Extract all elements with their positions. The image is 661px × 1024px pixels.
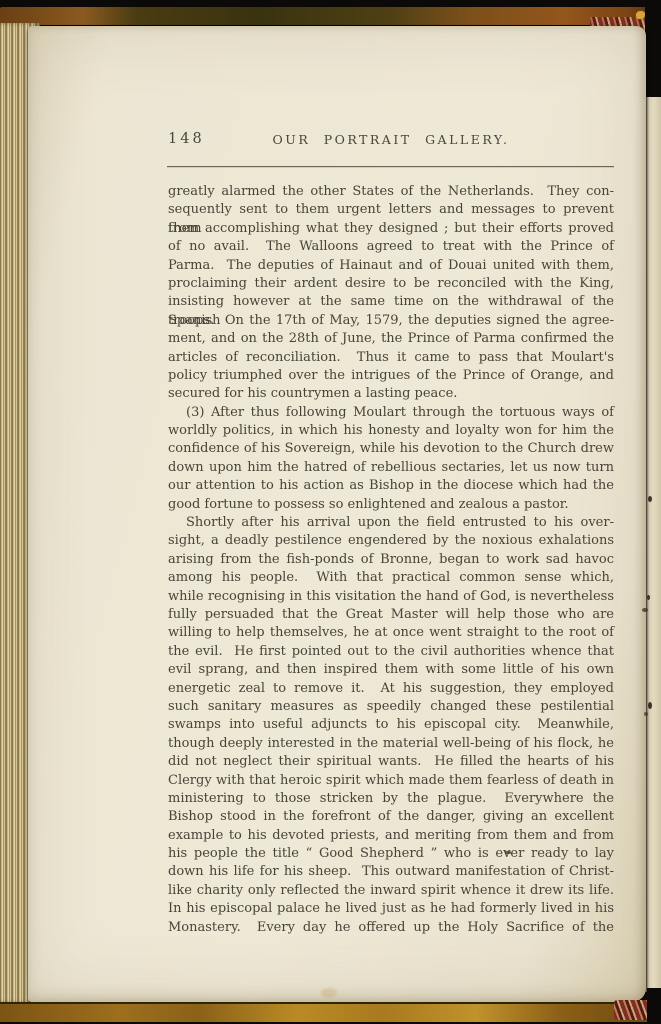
book-cover-top-edge: [0, 7, 648, 25]
text-line: while recognising in this visitation the…: [168, 588, 614, 606]
book-page: 148 OUR PORTRAIT GALLERY. greatly alarme…: [28, 26, 646, 1002]
text-line: sequently sent to them urgent letters an…: [168, 201, 614, 219]
text-line: Clergy with that heroic spirit which mad…: [168, 772, 614, 790]
text-line: evil sprang, and then inspired them with…: [168, 661, 614, 679]
text-line: articles of reconciliation. Thus it came…: [168, 349, 614, 367]
text-line: from accomplishing what they designed ; …: [168, 220, 614, 238]
foxing-stain: [321, 988, 337, 998]
gilt-fleck: [636, 11, 645, 19]
text-line: In his episcopal palace he lived just as…: [168, 900, 614, 918]
text-line: insisting however at the same time on th…: [168, 293, 614, 311]
book-cover-bottom-edge: [0, 1002, 661, 1022]
text-line: arising from the fish-ponds of Bronne, b…: [168, 551, 614, 569]
text-line: example to his devoted priests, and meri…: [168, 827, 614, 845]
text-line: sight, a deadly pestilence engendered by…: [168, 532, 614, 550]
backdrop-corner-top-right: [645, 0, 661, 97]
backdrop-corner-bottom-right: [647, 988, 661, 1024]
text-line: the evil. He first pointed out to the ci…: [168, 643, 614, 661]
ink-speck: [647, 595, 650, 600]
text-line: confidence of his Sovereign, while his d…: [168, 440, 614, 458]
text-line: greatly alarmed the other States of the …: [168, 183, 614, 201]
body-text: greatly alarmed the other States of the …: [168, 183, 614, 937]
book-photo-scene: 148 OUR PORTRAIT GALLERY. greatly alarme…: [0, 0, 661, 1024]
facing-page-sliver: [645, 30, 661, 992]
text-line: swamps into useful adjuncts to his episc…: [168, 716, 614, 734]
ink-speck: [648, 496, 652, 502]
text-line: down his life for his sheep. This outwar…: [168, 863, 614, 881]
text-line: such sanitary measures as speedily chang…: [168, 698, 614, 716]
header-rule: [167, 166, 614, 167]
text-line: like charity only reflected the inward s…: [168, 882, 614, 900]
text-line: though deeply interested in the material…: [168, 735, 614, 753]
text-line: (3) After thus following Moulart through…: [168, 404, 614, 422]
text-line: did not neglect their spiritual wants. H…: [168, 753, 614, 771]
text-line: Parma. The deputies of Hainaut and of Do…: [168, 257, 614, 275]
text-line: ministering to those stricken by the pla…: [168, 790, 614, 808]
text-line: worldly politics, in which his honesty a…: [168, 422, 614, 440]
text-line: Bishop stood in the forefront of the dan…: [168, 808, 614, 826]
ink-speck: [648, 702, 652, 709]
text-line: secured for his countrymen a lasting pea…: [168, 385, 614, 403]
text-line: our attention to his action as Bishop in…: [168, 477, 614, 495]
text-line: Shortly after his arrival upon the field…: [168, 514, 614, 532]
text-line: down upon him the hatred of rebellious s…: [168, 459, 614, 477]
text-line: Monastery. Every day he offered up the H…: [168, 919, 614, 937]
ink-speck: [644, 712, 648, 716]
text-line: willing to help themselves, he at once w…: [168, 624, 614, 642]
running-title: OUR PORTRAIT GALLERY.: [168, 132, 614, 147]
print-defect-mark: [505, 851, 511, 854]
text-line: of no avail. The Walloons agreed to trea…: [168, 238, 614, 256]
text-line: energetic zeal to remove it. At his sugg…: [168, 680, 614, 698]
text-line: his people the title “ Good Shepherd ” w…: [168, 845, 614, 863]
text-line: among his people. With that practical co…: [168, 569, 614, 587]
text-line: proclaiming their ardent desire to be re…: [168, 275, 614, 293]
text-line: ment, and on the 28th of June, the Princ…: [168, 330, 614, 348]
ink-speck: [642, 608, 648, 612]
text-line: policy triumphed over the intrigues of t…: [168, 367, 614, 385]
text-line: good fortune to possess so enlightened a…: [168, 496, 614, 514]
text-line: troops. On the 17th of May, 1579, the de…: [168, 312, 614, 330]
text-line: fully persuaded that the Great Master wi…: [168, 606, 614, 624]
